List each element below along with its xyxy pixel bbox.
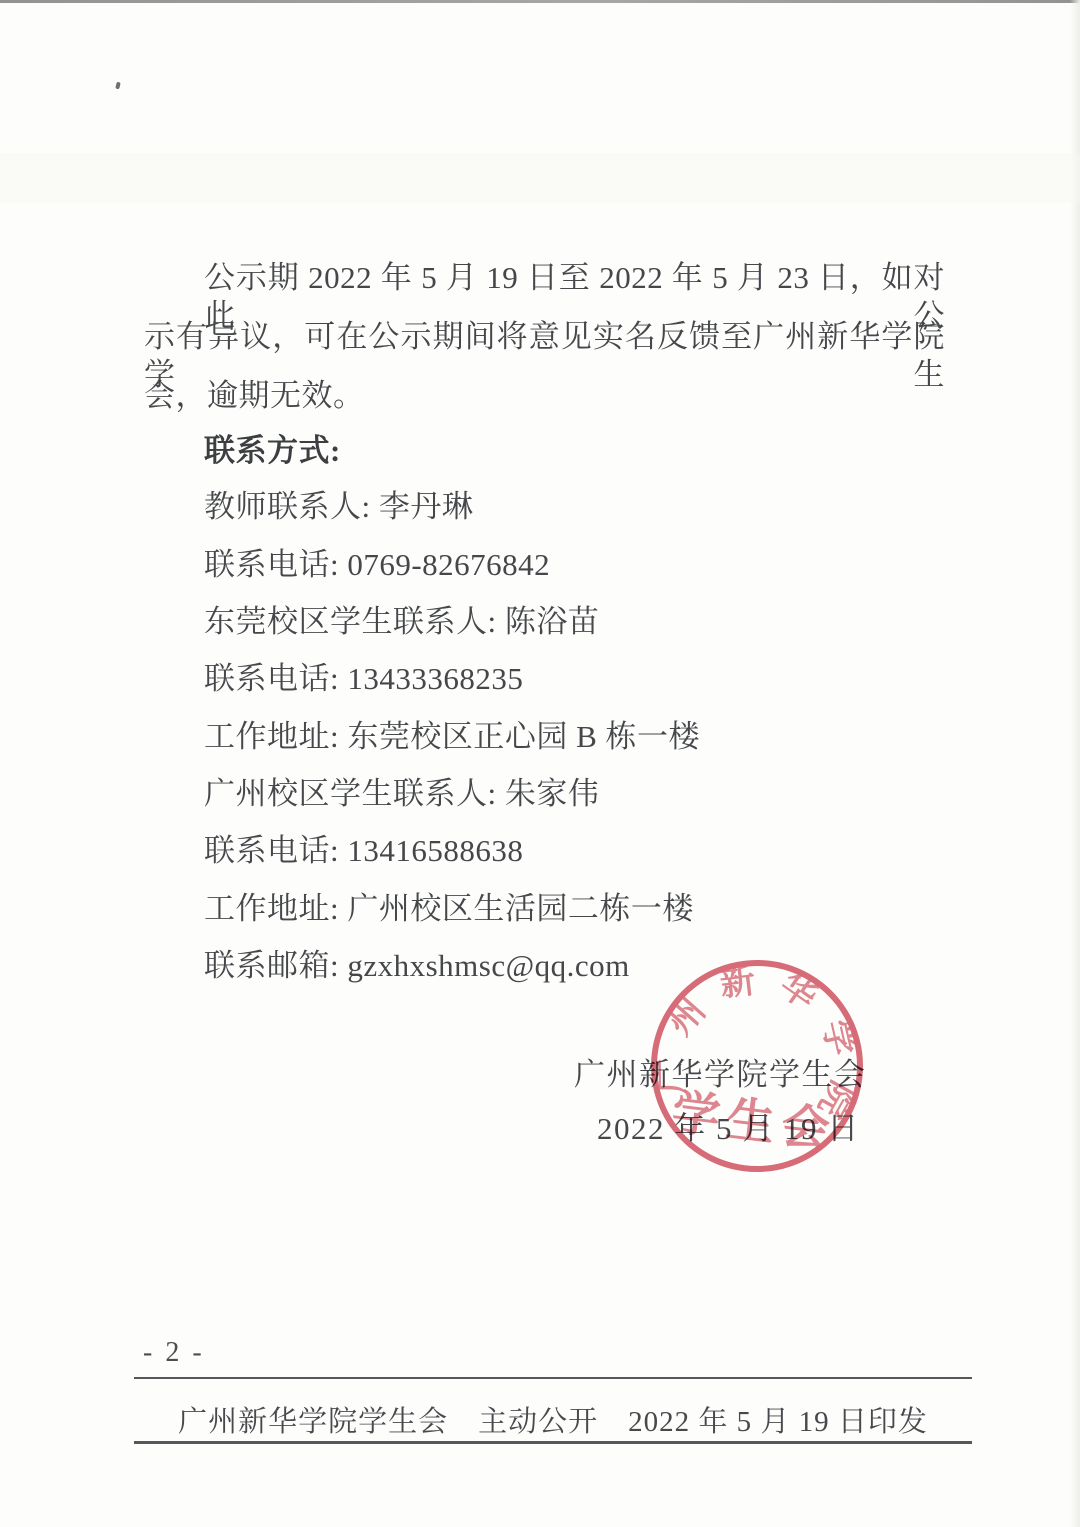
contact-line-address: 工作地址: 广州校区生活园二栋一楼: [204, 890, 694, 928]
contact-line-guangzhou-student: 广州校区学生联系人: 朱家伟: [204, 775, 599, 813]
official-seal-stamp: 广州新华学院 学生会: [631, 940, 883, 1192]
scanned-document-page: 公示期 2022 年 5 月 19 日至 2022 年 5 月 23 日，如对此…: [0, 0, 1080, 1527]
contact-line-email: 联系邮箱: gzxhxshmsc@qq.com: [204, 947, 630, 985]
contact-line-phone: 联系电话: 13416588638: [204, 832, 523, 870]
footer-rule-bottom: [134, 1441, 972, 1444]
footer-rule-top: [134, 1377, 972, 1379]
contact-line-phone: 联系电话: 0769-82676842: [204, 546, 550, 584]
scan-speck-artifact: [115, 82, 121, 90]
contact-line-teacher: 教师联系人: 李丹琳: [204, 488, 473, 526]
scan-edge-artifact: [0, 0, 1080, 3]
contact-line-address: 工作地址: 东莞校区正心园 B 栋一楼: [204, 718, 700, 756]
paragraph-line: 会，逾期无效。: [144, 377, 365, 415]
contact-line-dongguan-student: 东莞校区学生联系人: 陈浴苗: [204, 603, 599, 641]
scan-edge-artifact: [1070, 0, 1080, 1527]
contact-line-phone: 联系电话: 13433368235: [204, 660, 523, 698]
footer-imprint: 广州新华学院学生会 主动公开 2022 年 5 月 19 日印发: [134, 1399, 972, 1440]
page-number: - 2 -: [143, 1337, 205, 1369]
contact-heading: 联系方式:: [204, 432, 341, 470]
scan-band-artifact: [0, 153, 1080, 203]
